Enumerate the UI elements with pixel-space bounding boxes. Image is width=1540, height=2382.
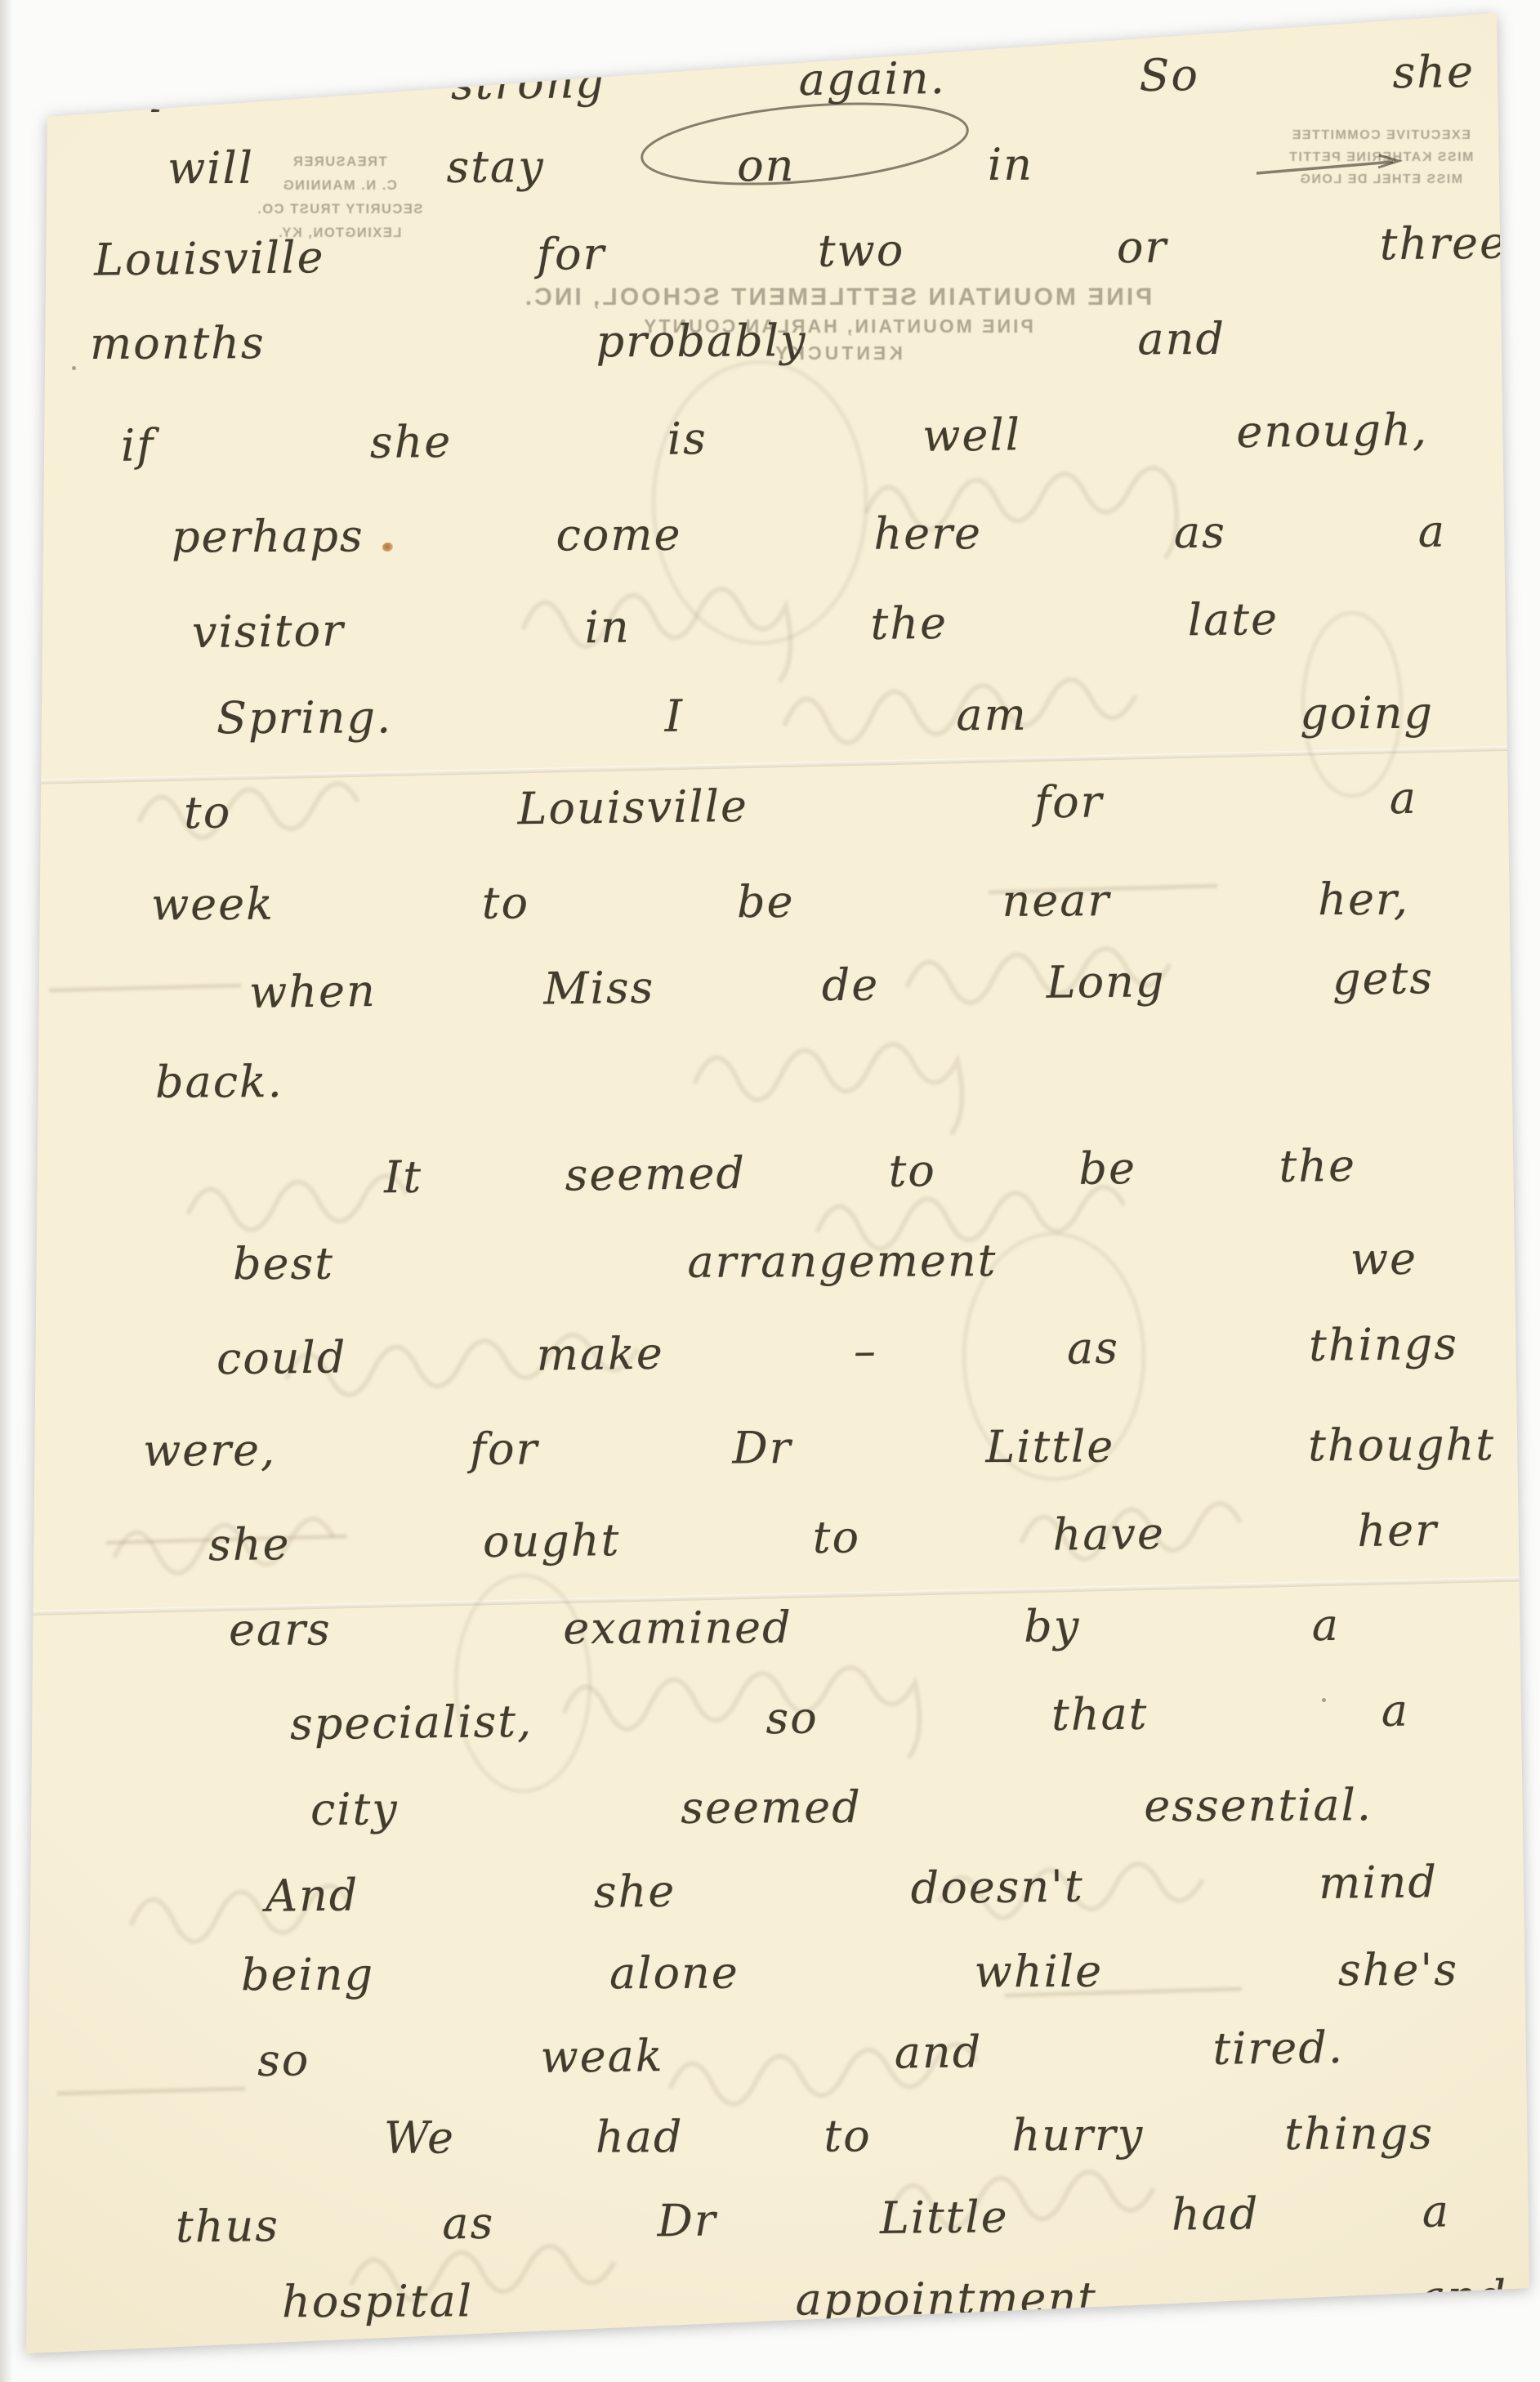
letter-body: quite strong again. So she will stay on … [0,0,1540,2382]
handwriting-line: thus as Dr Little had a [176,2182,1451,2256]
handwriting-line: city seemed essential. [310,1776,1373,1839]
handwriting-line: months probably and [90,310,1225,373]
handwriting-line: ears examined by a [229,1596,1340,1660]
handwriting-line: she ought to have her [208,1501,1439,1575]
handwriting-line: Louisville for two or three [94,213,1508,289]
letter-paper: EXECUTIVE COMMITTEE MISS KATHERINE PETTI… [0,0,1540,2382]
handwriting-line: when Miss de Long gets [249,949,1435,1022]
handwriting-line: specialist, so that a [290,1682,1410,1754]
handwriting-line: were, for Dr Little thought [143,1415,1495,1480]
handwriting-line: to Louisville for a [184,769,1418,842]
handwriting-line: visitor in the late [192,590,1279,662]
handwriting-line: It seemed to be the [384,1137,1357,1208]
handwriting-line: will stay on in [167,136,1033,199]
handwriting-line: perhaps come here as a [172,503,1446,567]
handwriting-line: week to be near her, [151,870,1409,935]
handwriting-line: best arrangement we [233,1230,1417,1294]
handwriting-line: quite strong again. So she [135,42,1475,118]
handwriting-line: Spring. I am going [216,684,1434,749]
paper-shadow: EXECUTIVE COMMITTEE MISS KATHERINE PETTI… [0,0,1540,2382]
handwriting-line: We had to hurry things [384,2104,1434,2168]
handwriting-line: And she doesn't mind [266,1852,1439,1926]
handwriting-line: being alone while she's [241,1941,1458,2005]
handwriting-line: if she is well enough, [121,400,1429,476]
letter-scan: EXECUTIVE COMMITTEE MISS KATHERINE PETTI… [0,0,1540,2382]
handwriting-line: so weak and tired. [257,2018,1345,2090]
handwriting-line: could make – as things [216,1315,1459,1389]
handwriting-line: back. [155,1052,425,1111]
handwriting-line: hospital appointment and [282,2268,1507,2332]
